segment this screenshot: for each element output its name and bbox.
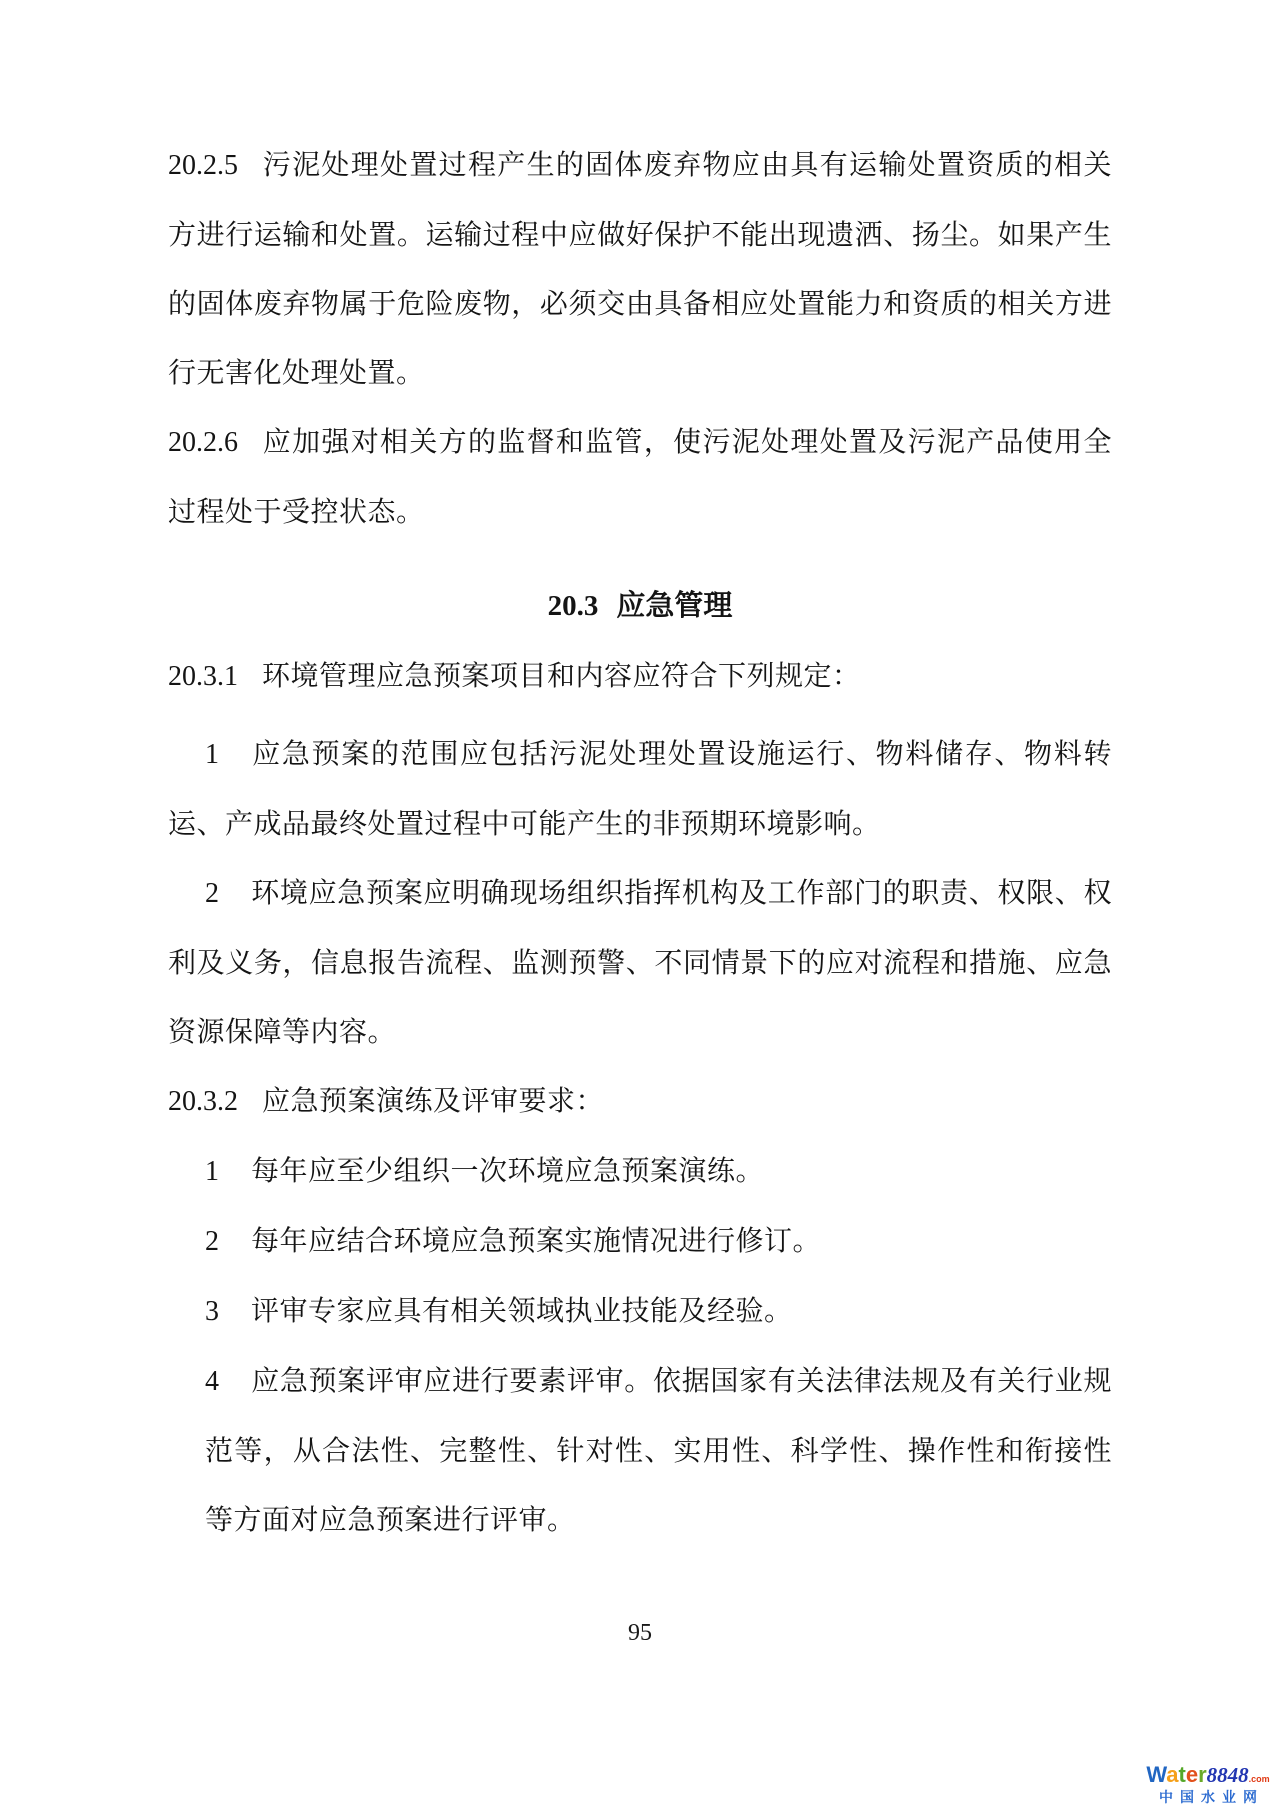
section-number: 20.3	[548, 590, 599, 622]
list-item-text: 应急预案的范围应包括污泥处理处置设施运行、物料储存、物料转运、产成品最终处置过程…	[168, 738, 1112, 839]
list-item-number: 3	[205, 1296, 219, 1327]
section-heading-20-3: 20.3应急管理	[168, 572, 1112, 641]
list-item-number: 1	[205, 1156, 219, 1187]
brand-number: 8848	[1207, 1763, 1249, 1787]
paragraph-20-2-5: 20.2.5污泥处理处置过程产生的固体废弃物应由具有运输处置资质的相关方进行运输…	[168, 130, 1112, 407]
list-item-number: 2	[205, 1226, 219, 1257]
clause-number: 20.3.2	[168, 1086, 238, 1117]
clause-text: 应加强对相关方的监督和监管，使污泥处理处置及污泥产品使用全过程处于受控状态。	[168, 426, 1112, 527]
list-item-number: 1	[205, 739, 219, 770]
list-item-text: 应急预案评审应进行要素评审。依据国家有关法律法规及有关行业规范等，从合法性、完整…	[205, 1365, 1112, 1535]
brand-letter-2: t	[1179, 1762, 1186, 1787]
clause-text: 环境管理应急预案项目和内容应符合下列规定：	[262, 660, 861, 691]
page-number: 95	[0, 1620, 1280, 1647]
list-item: 4应急预案评审应进行要素评审。依据国家有关法律法规及有关行业规范等，从合法性、完…	[168, 1346, 1112, 1554]
water8848-wordmark: Water8848.com	[1142, 1764, 1274, 1786]
clause-text: 应急预案演练及评审要求：	[262, 1085, 604, 1116]
list-item-number: 4	[205, 1366, 219, 1397]
brand-letter-0: W	[1146, 1762, 1166, 1787]
paragraph-20-3-2: 20.3.2应急预案演练及评审要求：	[168, 1066, 1112, 1136]
brand-tld: .com	[1249, 1774, 1270, 1784]
list-item-text: 环境应急预案应明确现场组织指挥机构及工作部门的职责、权限、权利及义务，信息报告流…	[168, 877, 1112, 1047]
document-page: 20.2.5污泥处理处置过程产生的固体废弃物应由具有运输处置资质的相关方进行运输…	[0, 0, 1280, 1810]
brand-letter-1: a	[1166, 1762, 1178, 1787]
list-item: 3评审专家应具有相关领域执业技能及经验。	[168, 1276, 1112, 1346]
clause-number: 20.2.5	[168, 150, 238, 181]
list-item: 1应急预案的范围应包括污泥处理处置设施运行、物料储存、物料转运、产成品最终处置过…	[168, 719, 1112, 858]
brand-letter-4: r	[1198, 1762, 1207, 1787]
clause-text: 污泥处理处置过程产生的固体废弃物应由具有运输处置资质的相关方进行运输和处置。运输…	[168, 149, 1112, 388]
list-item: 2环境应急预案应明确现场组织指挥机构及工作部门的职责、权限、权利及义务，信息报告…	[168, 858, 1112, 1066]
clause-number: 20.2.6	[168, 427, 238, 458]
list-item-text: 每年应至少组织一次环境应急预案演练。	[251, 1155, 764, 1186]
list-item: 2每年应结合环境应急预案实施情况进行修订。	[168, 1206, 1112, 1276]
brand-subtitle: 中国水业网	[1142, 1790, 1280, 1804]
clause-number: 20.3.1	[168, 661, 238, 692]
paragraph-20-2-6: 20.2.6应加强对相关方的监督和监管，使污泥处理处置及污泥产品使用全过程处于受…	[168, 407, 1112, 546]
list-item: 1每年应至少组织一次环境应急预案演练。	[168, 1136, 1112, 1206]
brand-letter-3: e	[1186, 1762, 1198, 1787]
list-item-text: 每年应结合环境应急预案实施情况进行修订。	[251, 1225, 821, 1256]
list-item-text: 评审专家应具有相关领域执业技能及经验。	[251, 1295, 793, 1326]
document-body: 20.2.5污泥处理处置过程产生的固体废弃物应由具有运输处置资质的相关方进行运输…	[168, 130, 1112, 1554]
section-title: 应急管理	[616, 590, 732, 622]
water8848-logo: Water8848.com 中国水业网	[1142, 1764, 1274, 1804]
paragraph-20-3-1: 20.3.1环境管理应急预案项目和内容应符合下列规定：	[168, 641, 1112, 711]
list-item-number: 2	[205, 878, 219, 909]
